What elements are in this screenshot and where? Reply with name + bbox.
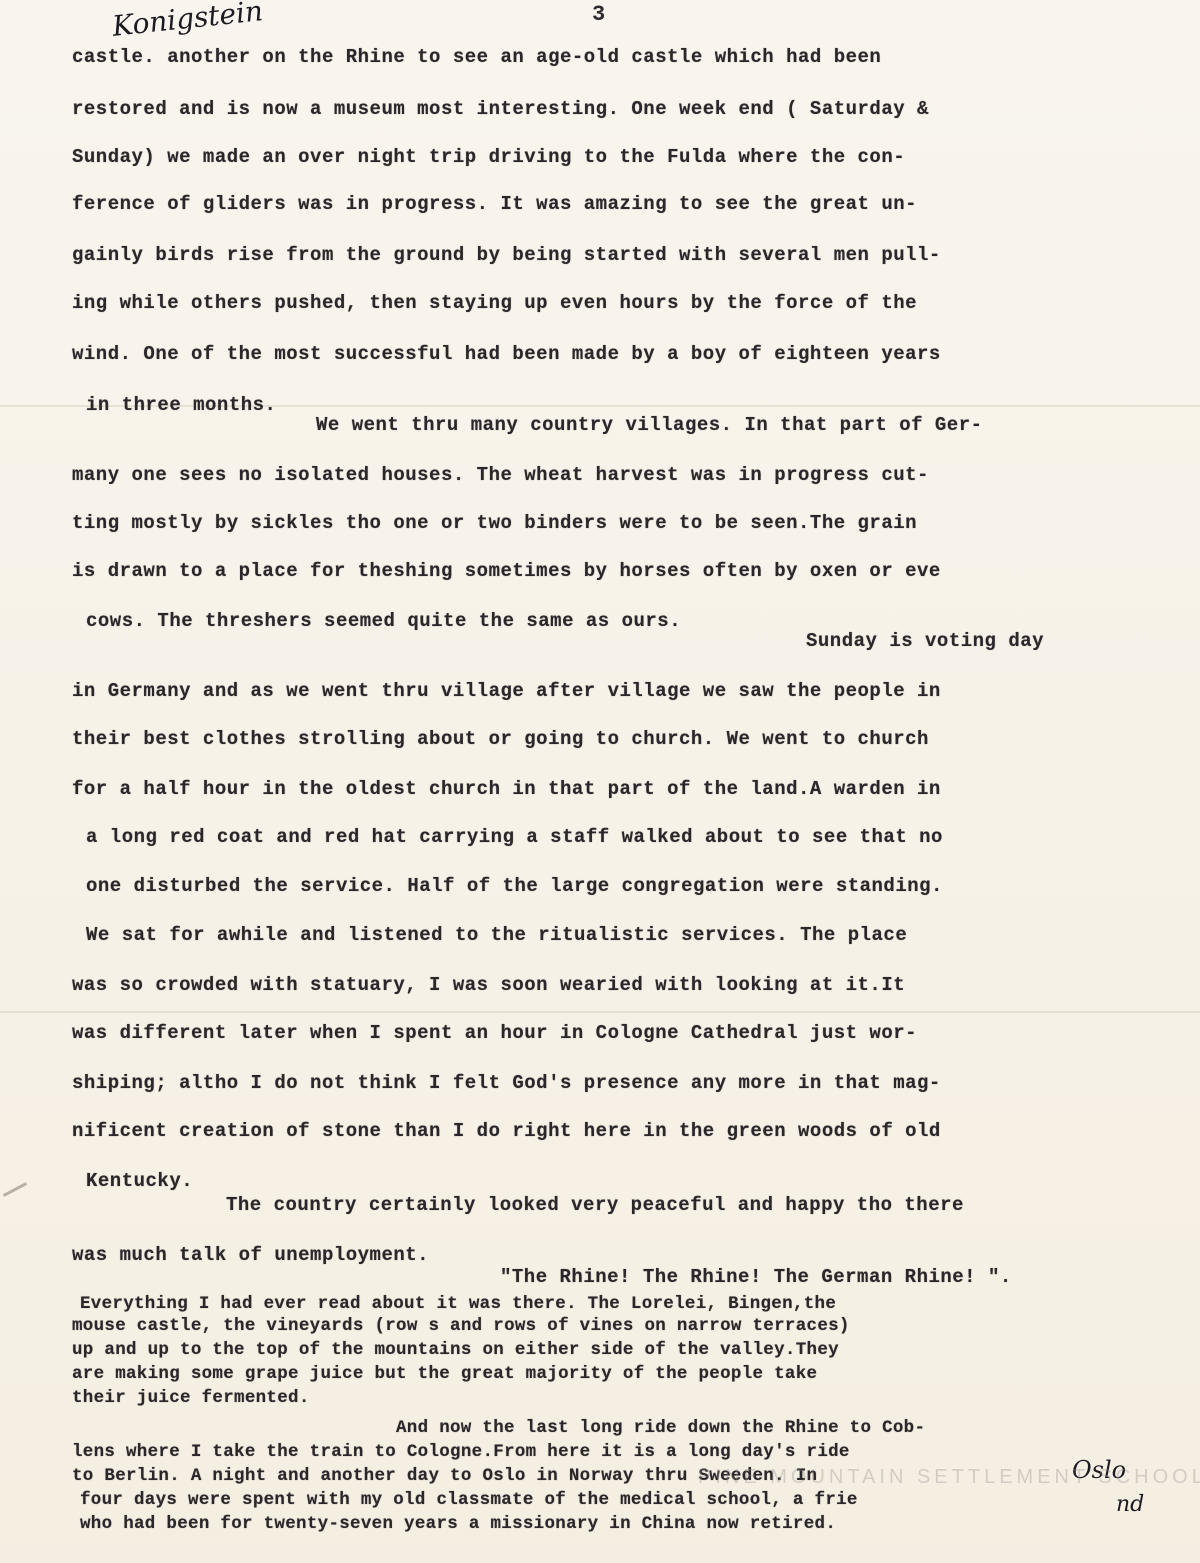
text-line: We sat for awhile and listened to the ri… xyxy=(86,924,907,946)
text-line: in Germany and as we went thru village a… xyxy=(72,680,941,702)
text-line: many one sees no isolated houses. The wh… xyxy=(72,464,929,486)
page-number: 3 xyxy=(592,2,605,27)
text-line: ference of gliders was in progress. It w… xyxy=(72,193,917,215)
text-line: The country certainly looked very peacef… xyxy=(226,1194,964,1216)
text-line: one disturbed the service. Half of the l… xyxy=(86,875,943,897)
text-line: Everything I had ever read about it was … xyxy=(80,1294,836,1314)
text-line: And now the last long ride down the Rhin… xyxy=(396,1418,925,1438)
text-line: wind. One of the most successful had bee… xyxy=(72,343,941,365)
text-line: ting mostly by sickles tho one or two bi… xyxy=(72,512,917,534)
text-line: ing while others pushed, then staying up… xyxy=(72,292,917,314)
text-line: Sunday is voting day xyxy=(806,630,1044,652)
text-line: is drawn to a place for theshing sometim… xyxy=(72,560,941,582)
text-line: are making some grape juice but the grea… xyxy=(72,1364,817,1384)
paper-mark xyxy=(3,1182,27,1197)
text-line: was much talk of unemployment. xyxy=(72,1244,429,1266)
text-line: who had been for twenty-seven years a mi… xyxy=(80,1514,836,1534)
text-line: restored and is now a museum most intere… xyxy=(72,98,929,120)
text-line: four days were spent with my old classma… xyxy=(80,1490,858,1510)
document-page: Konigstein 3 castle. another on the Rhin… xyxy=(0,0,1200,1563)
paper-fold-line xyxy=(0,1011,1200,1013)
text-line: Kentucky. xyxy=(86,1170,193,1192)
text-line: shiping; altho I do not think I felt God… xyxy=(72,1072,941,1094)
text-line: mouse castle, the vineyards (row s and r… xyxy=(72,1316,850,1336)
text-line: was different later when I spent an hour… xyxy=(72,1022,917,1044)
text-line: up and up to the top of the mountains on… xyxy=(72,1340,839,1360)
text-line: for a half hour in the oldest church in … xyxy=(72,778,941,800)
text-line: gainly birds rise from the ground by bei… xyxy=(72,244,941,266)
text-line: We went thru many country villages. In t… xyxy=(316,414,983,436)
archive-watermark: PINE MOUNTAIN SETTLEMENT SCHOOL ARCHIVES xyxy=(698,1466,1200,1489)
handwritten-note-nd: nd xyxy=(1116,1492,1144,1517)
text-line: was so crowded with statuary, I was soon… xyxy=(72,974,905,996)
handwritten-header: Konigstein xyxy=(111,0,265,43)
text-line: nificent creation of stone than I do rig… xyxy=(72,1120,941,1142)
text-line: lens where I take the train to Cologne.F… xyxy=(72,1442,850,1462)
text-line: their juice fermented. xyxy=(72,1388,310,1408)
text-line: "The Rhine! The Rhine! The German Rhine!… xyxy=(500,1266,1012,1288)
text-line: castle. another on the Rhine to see an a… xyxy=(72,46,881,68)
text-line: in three months. xyxy=(86,394,276,416)
text-line: a long red coat and red hat carrying a s… xyxy=(86,826,943,848)
text-line: their best clothes strolling about or go… xyxy=(72,728,929,750)
text-line: cows. The threshers seemed quite the sam… xyxy=(86,610,681,632)
text-line: Sunday) we made an over night trip drivi… xyxy=(72,146,905,168)
